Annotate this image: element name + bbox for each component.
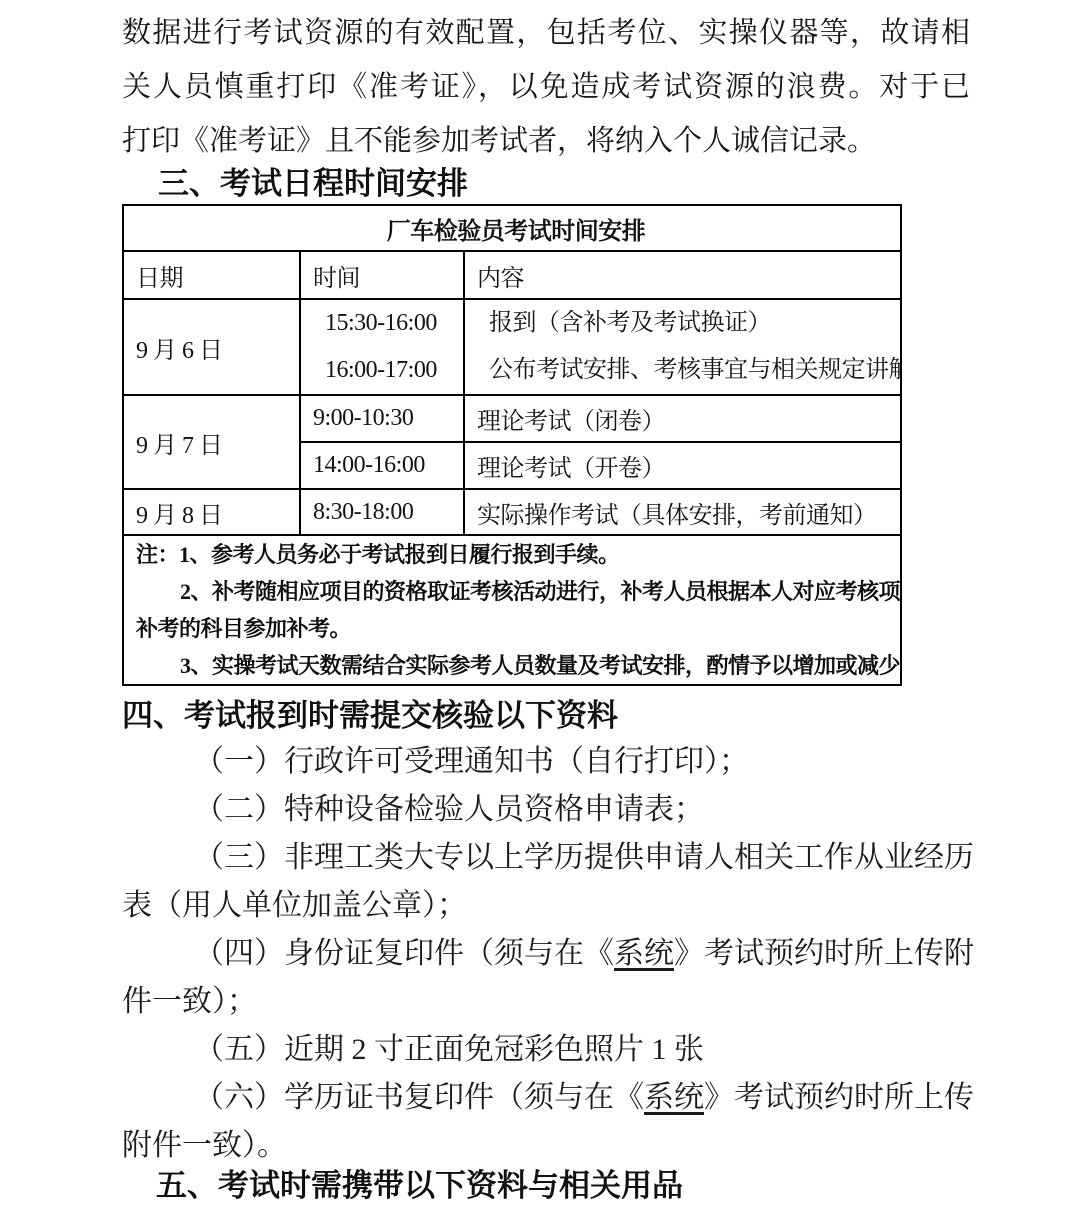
notes-cell: 注：1、参考人员务必于考试报到日履行报到手续。 2、补考随相应项目的资格取证考核… [123, 535, 901, 685]
table-header-row: 日期 时间 内容 [123, 251, 901, 299]
day1-slot2-content: 公布考试安排、考核事宜与相关规定讲解 [477, 347, 896, 394]
material-item-6-line1: （六）学历证书复印件（须与在《系统》考试预约时所上传 [122, 1074, 970, 1122]
column-header-date: 日期 [123, 251, 300, 299]
day1-slot2-time: 16:00-17:00 [313, 347, 459, 394]
table-title-row: 厂车检验员考试时间安排 [123, 205, 901, 251]
day1-time-cell: 15:30-16:00 16:00-17:00 [300, 299, 464, 395]
material-item-6-text-post: 》考试预约时所上传 [704, 1081, 974, 1114]
day1-date-cell: 9 月 6 日 [123, 299, 300, 395]
day2-date-cell: 9 月 7 日 [123, 395, 300, 489]
day1-content-cell: 报到（含补考及考试换证） 公布考试安排、考核事宜与相关规定讲解 [464, 299, 901, 395]
table-row-day2-slot1: 9 月 7 日 9:00-10:30 理论考试（闭卷） [123, 395, 901, 442]
column-header-content: 内容 [464, 251, 901, 299]
section-four-heading: 四、考试报到时需提交核验以下资料 [122, 698, 970, 734]
table-notes-row: 注：1、参考人员务必于考试报到日履行报到手续。 2、补考随相应项目的资格取证考核… [123, 535, 901, 685]
intro-paragraph: 数据进行考试资源的有效配置，包括考位、实操仪器等，故请相 关人员慎重打印《准考证… [122, 6, 970, 168]
column-header-time: 时间 [300, 251, 464, 299]
material-item-6-line2: 附件一致）。 [122, 1122, 970, 1170]
material-item-4-text-post: 》考试预约时所上传附 [674, 937, 974, 970]
material-item-4-text-pre: （四）身份证复印件（须与在《 [194, 937, 614, 970]
materials-list: （一）行政许可受理通知书（自行打印）； （二）特种设备检验人员资格申请表； （三… [122, 738, 970, 1170]
material-item-6-text-pre: （六）学历证书复印件（须与在《 [194, 1081, 644, 1114]
material-item-1: （一）行政许可受理通知书（自行打印）； [122, 738, 970, 786]
system-ref-underline: 系统 [614, 937, 674, 970]
section-five-heading: 五、考试时需携带以下资料与相关用品 [122, 1170, 970, 1202]
note-line-3: 补考的科目参加补考。 [136, 610, 896, 647]
day2-slot2-time: 14:00-16:00 [300, 442, 464, 489]
note-line-1: 注：1、参考人员务必于考试报到日履行报到手续。 [136, 536, 896, 573]
material-item-3-line1: （三）非理工类大专以上学历提供申请人相关工作从业经历 [122, 834, 970, 882]
material-item-2: （二）特种设备检验人员资格申请表； [122, 786, 970, 834]
section-three-heading: 三、考试日程时间安排 [122, 168, 970, 200]
day3-time-cell: 8:30-18:00 [300, 489, 464, 535]
note-line-2: 2、补考随相应项目的资格取证考核活动进行，补考人员根据本人对应考核项目需 [136, 573, 896, 610]
material-item-3-line2: 表（用人单位加盖公章）； [122, 882, 970, 930]
table-title: 厂车检验员考试时间安排 [123, 205, 901, 251]
intro-line-1: 数据进行考试资源的有效配置，包括考位、实操仪器等，故请相 [122, 6, 970, 60]
intro-line-3: 打印《准考证》且不能参加考试者，将纳入个人诚信记录。 [122, 114, 970, 168]
day1-slot1-time: 15:30-16:00 [313, 300, 459, 347]
day2-slot1-content: 理论考试（闭卷） [464, 395, 901, 442]
note-line-4: 3、实操考试天数需结合实际参考人员数量及考试安排，酌情予以增加或减少。 [136, 647, 896, 684]
system-ref-underline-2: 系统 [644, 1081, 704, 1114]
material-item-5: （五）近期 2 寸正面免冠彩色照片 1 张 [122, 1026, 970, 1074]
day2-slot2-content: 理论考试（开卷） [464, 442, 901, 489]
day2-slot1-time: 9:00-10:30 [300, 395, 464, 442]
table-row-day1: 9 月 6 日 15:30-16:00 16:00-17:00 报到（含补考及考… [123, 299, 901, 395]
material-item-4-line1: （四）身份证复印件（须与在《系统》考试预约时所上传附 [122, 930, 970, 978]
table-row-day3: 9 月 8 日 8:30-18:00 实际操作考试（具体安排，考前通知） [123, 489, 901, 535]
day3-date-cell: 9 月 8 日 [123, 489, 300, 535]
material-item-4-line2: 件一致）； [122, 978, 970, 1026]
day1-slot1-content: 报到（含补考及考试换证） [477, 300, 896, 347]
intro-line-2: 关人员慎重打印《准考证》，以免造成考试资源的浪费。对于已 [122, 60, 970, 114]
day3-content-cell: 实际操作考试（具体安排，考前通知） [464, 489, 901, 535]
exam-schedule-table: 厂车检验员考试时间安排 日期 时间 内容 9 月 6 日 15:30-16:00… [122, 204, 902, 686]
document-page: 数据进行考试资源的有效配置，包括考位、实操仪器等，故请相 关人员慎重打印《准考证… [0, 0, 1088, 1202]
